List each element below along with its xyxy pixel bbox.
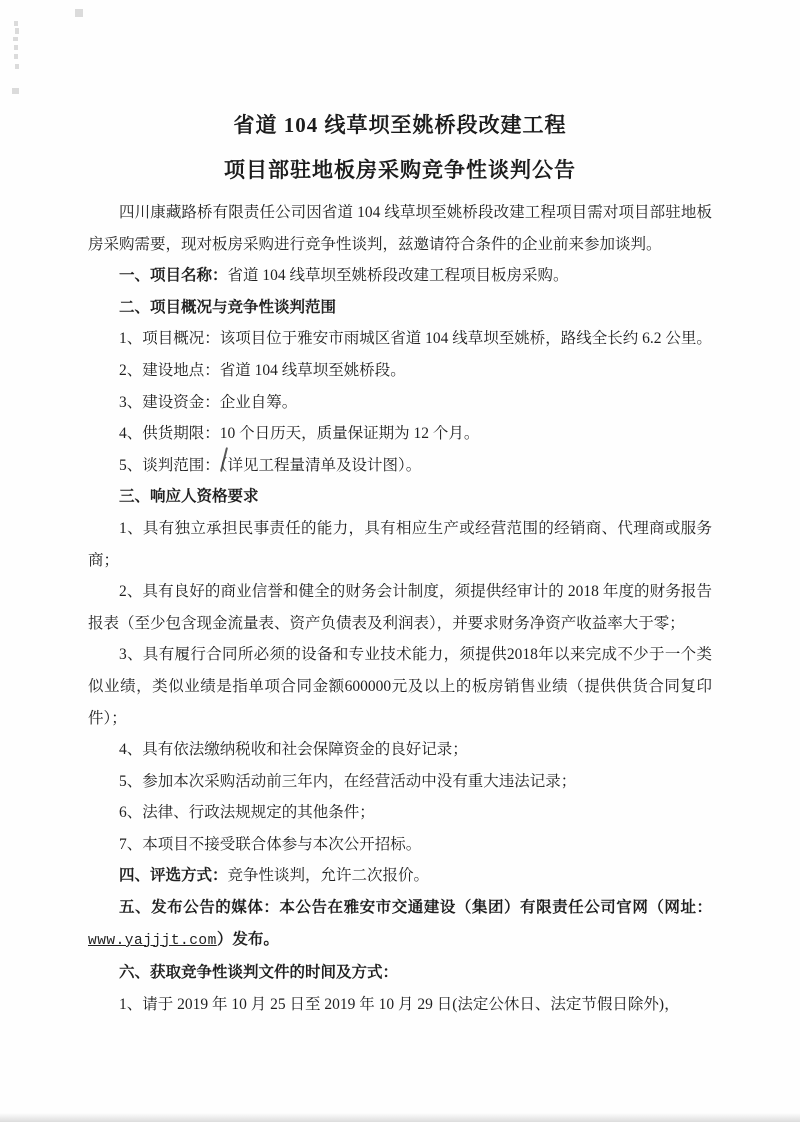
- scan-artifact: [75, 9, 83, 17]
- list-item-obtain-documents-time: 1、请于 2019 年 10 月 25 日至 2019 年 10 月 29 日(…: [88, 989, 712, 1021]
- list-item-supply-period: 4、供货期限：10 个日历天，质量保证期为 12 个月。: [88, 418, 712, 450]
- section5-line: 五、发布公告的媒体：本公告在雅安市交通建设（集团）有限责任公司官网（网址：www…: [88, 892, 712, 957]
- section5-label: 五、发布公告的媒体：: [119, 899, 279, 916]
- list-item-project-overview: 1、项目概况：该项目位于雅安市雨城区省道 104 线草坝至姚桥，路线全长约 6.…: [88, 323, 712, 355]
- list-item-build-location: 2、建设地点：省道 104 线草坝至姚桥段。: [88, 355, 712, 387]
- scan-artifact: [15, 64, 19, 69]
- list-item-qualification-1: 1、具有独立承担民事责任的能力，具有相应生产或经营范围的经销商、代理商或服务商；: [88, 513, 712, 576]
- section5-text-before: 本公告在雅安市交通建设（集团）有限责任公司官网（网址：: [279, 899, 712, 916]
- scan-artifact: [12, 88, 19, 94]
- section1-text: 省道 104 线草坝至姚桥段改建工程项目板房采购。: [228, 267, 569, 284]
- section5-text-after: ）发布。: [217, 931, 279, 948]
- list-item-qualification-2: 2、具有良好的商业信誉和健全的财务会计制度，须提供经审计的 2018 年度的财务…: [88, 576, 712, 639]
- section1-label: 一、项目名称：: [119, 267, 228, 284]
- list-item-qualification-5: 5、参加本次采购活动前三年内，在经营活动中没有重大违法记录；: [88, 766, 712, 798]
- list-item-qualification-6: 6、法律、行政法规规定的其他条件；: [88, 797, 712, 829]
- list-item-negotiation-scope: 5、谈判范围：（详见工程量清单及设计图）。: [88, 450, 712, 482]
- list-item-build-funds: 3、建设资金：企业自筹。: [88, 387, 712, 419]
- scan-artifact: [13, 37, 18, 41]
- website-url-text: www.yajjjt.com: [88, 933, 217, 949]
- section2-heading: 二、项目概况与竞争性谈判范围: [88, 292, 712, 324]
- doc-title-line2: 项目部驻地板房采购竞争性谈判公告: [0, 138, 800, 183]
- doc-title-line1: 省道 104 线草坝至姚桥段改建工程: [0, 0, 800, 138]
- section6-heading: 六、获取竞争性谈判文件的时间及方式：: [88, 957, 712, 989]
- intro-paragraph: 四川康藏路桥有限责任公司因省道 104 线草坝至姚桥段改建工程项目需对项目部驻地…: [88, 197, 712, 260]
- section1-line: 一、项目名称：省道 104 线草坝至姚桥段改建工程项目板房采购。: [88, 260, 712, 292]
- scan-artifact: [14, 21, 18, 26]
- scan-artifact: [15, 28, 19, 34]
- section3-heading: 三、响应人资格要求: [88, 481, 712, 513]
- doc-body: 四川康藏路桥有限责任公司因省道 104 线草坝至姚桥段改建工程项目需对项目部驻地…: [88, 197, 712, 1020]
- list-item-qualification-3: 3、具有履行合同所必须的设备和专业技术能力，须提供2018年以来完成不少于一个类…: [88, 639, 712, 734]
- list-item-qualification-7: 7、本项目不接受联合体参与本次公开招标。: [88, 829, 712, 861]
- document-page: 省道 104 线草坝至姚桥段改建工程 项目部驻地板房采购竞争性谈判公告 四川康藏…: [0, 0, 800, 1122]
- list-item-qualification-4: 4、具有依法缴纳税收和社会保障资金的良好记录；: [88, 734, 712, 766]
- scan-artifact: [14, 45, 18, 50]
- section4-line: 四、评选方式：竞争性谈判，允许二次报价。: [88, 860, 712, 892]
- section4-label: 四、评选方式：: [119, 867, 228, 884]
- section4-text: 竞争性谈判，允许二次报价。: [228, 867, 430, 884]
- scan-edge-shadow: [0, 1113, 800, 1122]
- scan-artifact: [14, 54, 18, 59]
